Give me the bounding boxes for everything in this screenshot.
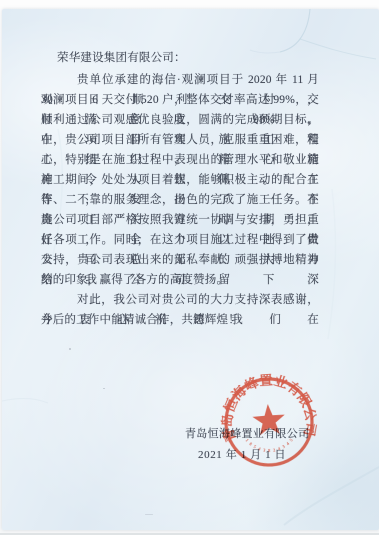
company-seal: 青岛恒海峰置业有限公司 18543824345 — [218, 371, 320, 473]
body-line: 贵公司项目部严格按照我方统一协调与安排，勇担重任，全力以赴做 — [41, 210, 319, 230]
body-line: 对此，我公司对贵公司的大力支持深表感谢，并衷心祝愿我们在 — [41, 290, 319, 310]
seal-star-icon — [252, 403, 286, 436]
body-line: 贵单位承建的海信·观澜项目于 2020 年 11 月 30 日顺利交付， — [41, 70, 319, 90]
seal-code-text: 18543824345 — [244, 435, 295, 455]
recipient-line: 荣华建设集团有限公司： — [41, 48, 319, 68]
body-line: 工，特别是在施工过程中表现出的管理水平和敬业精神令人钦佩。在 — [41, 150, 319, 170]
body-line: 施工期间，处处为项目着想，能够积极主动的配合工作，发扬了一不 — [41, 170, 319, 190]
body-line: 支持，贵公司表现出来的无私奉献、顽强拼搏地精神给我公司留下深 — [41, 250, 319, 270]
body-line: 等、二不靠的服务理念，出色的完成了施工任务。在施工关键时期， — [41, 190, 319, 210]
scan-background: 荣华建设集团有限公司： 贵单位承建的海信·观澜项目于 2020 年 11 月 3… — [0, 0, 379, 535]
svg-text:18543824345: 18543824345 — [244, 435, 295, 455]
letter-body: 荣华建设集团有限公司： 贵单位承建的海信·观澜项目于 2020 年 11 月 3… — [41, 48, 319, 330]
dust-speck — [69, 348, 71, 350]
body-line: 好各项工作。同时，在这个项目施工过程中得到了贵公司总部的大力 — [41, 230, 319, 250]
dust-speck — [103, 388, 105, 389]
dust-speck — [145, 514, 153, 515]
body-line: 中，贵公司项目部所有管理人员，克服重重困难，精心组织，精心施 — [41, 130, 319, 150]
paper-page: 荣华建设集团有限公司： 贵单位承建的海信·观澜项目于 2020 年 11 月 3… — [2, 9, 379, 530]
body-line: 顺利通过公司观感优良验收，圆满的完成预期目标。在项目实施工程 — [41, 110, 319, 130]
body-line: 观澜项目 6 天交付 520 户，整体交付率高达 99%，交付满意度 98%， — [41, 90, 319, 110]
